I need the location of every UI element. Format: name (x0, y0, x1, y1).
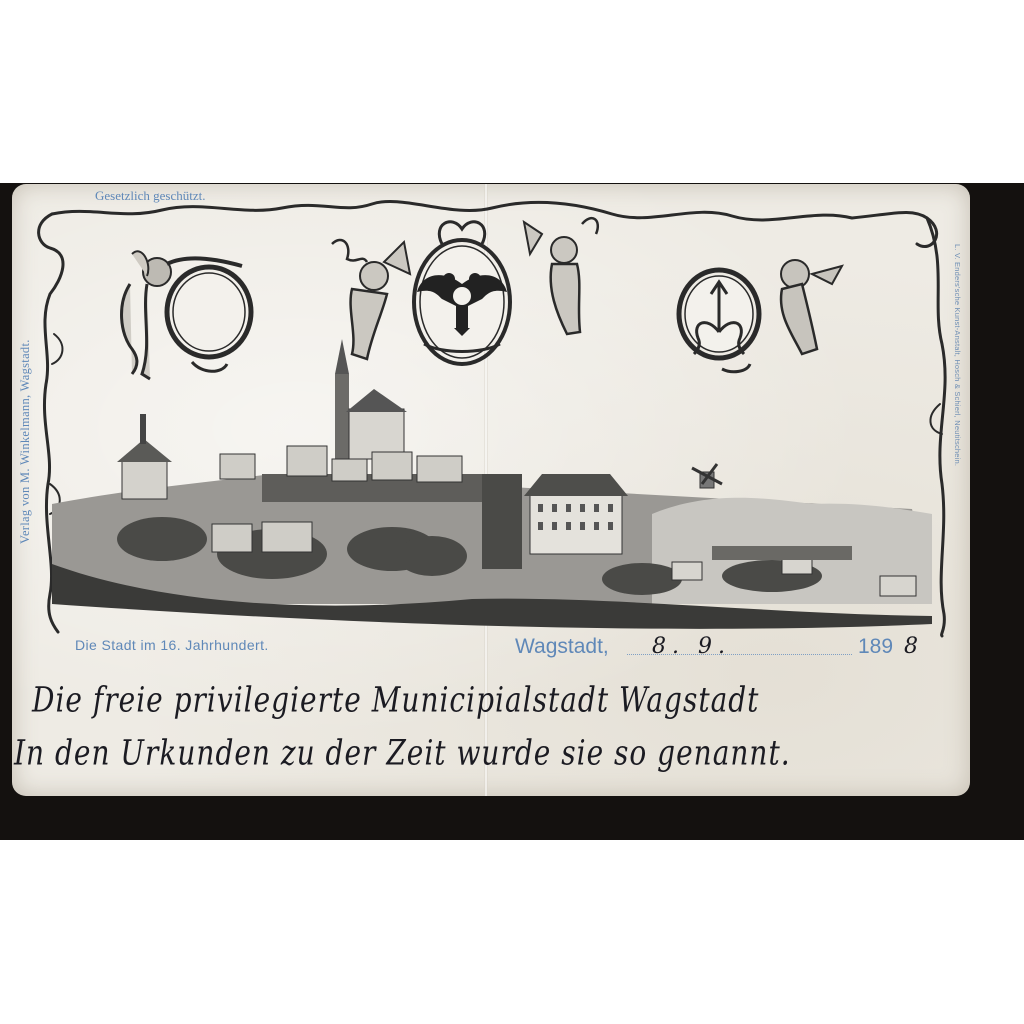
year-prefix: 189 (858, 635, 893, 659)
cherub-right-arrow-arms (679, 260, 842, 372)
handwritten-line-1: Die freie privilegierte Municipialstadt … (32, 679, 759, 720)
crest-double-eagle (414, 222, 510, 364)
postcard: Gesetzlich geschützt. Verlag von M. Wink… (12, 184, 970, 796)
protected-notice: Gesetzlich geschützt. (95, 188, 205, 204)
cherub-left-medallion (122, 251, 251, 379)
place-label: Wagstadt, (515, 635, 609, 659)
handwritten-year-digit: 8 (904, 634, 918, 659)
handwritten-line-2: In den Urkunden zu der Zeit wurde sie so… (14, 732, 791, 773)
windmill (692, 464, 722, 488)
publisher-imprint: Verlag von M. Winkelmann, Wagstadt. (18, 339, 33, 544)
printer-imprint: L. V. Enders'sche Kunst-Anstalt, Hosch &… (953, 244, 962, 466)
illustration-caption: Die Stadt im 16. Jahrhundert. (75, 637, 269, 653)
town-landscape (52, 339, 932, 629)
handwritten-date: 8. 9. (652, 634, 731, 659)
